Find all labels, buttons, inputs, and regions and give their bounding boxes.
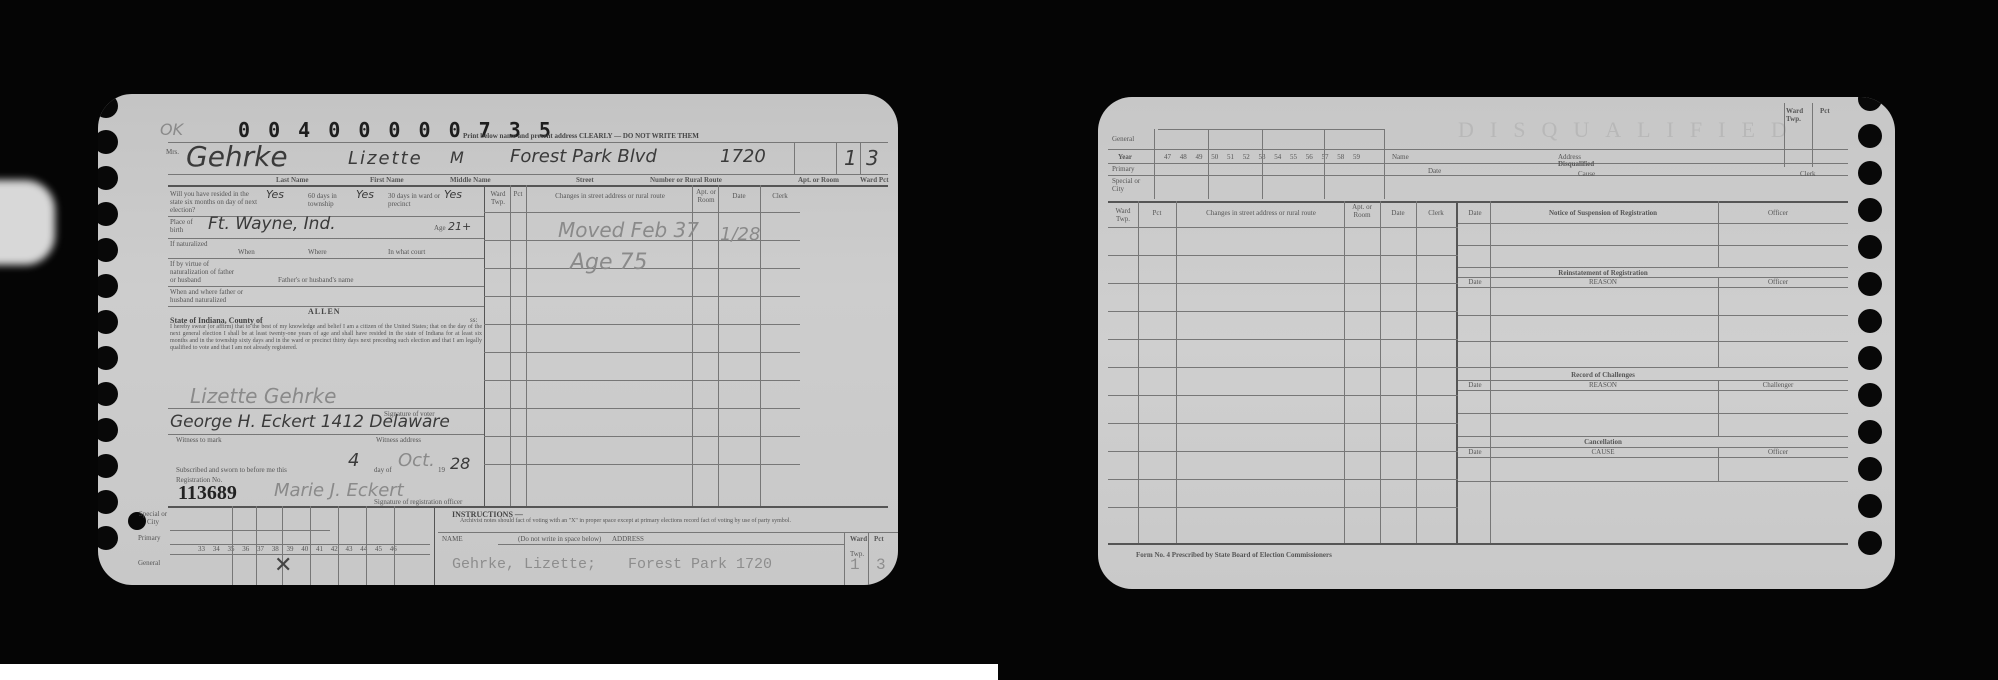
challenges-header-challenger: Challenger xyxy=(1718,381,1838,389)
birth-place-label: Place of birth xyxy=(170,218,200,234)
change-note-date: 1/28 xyxy=(720,224,760,245)
registration-card-back: General Year 47 48 49 50 51 52 53 54 55 … xyxy=(1098,97,1895,589)
bottom-label-do-not-write: (Do not write in space below) xyxy=(518,535,601,543)
township-label: 60 days in township xyxy=(308,192,358,208)
birth-place: Ft. Wayne, Ind. xyxy=(208,214,336,234)
label-first-name: First Name xyxy=(370,176,404,184)
typed-pct: 3 xyxy=(876,556,886,574)
back-grid-label-general: General xyxy=(1112,135,1134,143)
punch-hole xyxy=(1858,198,1882,222)
officer-label: Signature of registration officer xyxy=(374,498,462,506)
township-answer: Yes xyxy=(356,188,374,201)
changes-header-clerk: Clerk xyxy=(760,192,800,200)
month-value: Oct. xyxy=(398,450,435,471)
father-name-label: Father's or husband's name xyxy=(278,276,353,284)
back-changes-header-apt: Apt. or Room xyxy=(1344,203,1380,219)
last-name: Gehrke xyxy=(186,140,288,173)
grid-label-primary: Primary xyxy=(138,534,161,542)
typed-name: Gehrke, Lizette; xyxy=(452,556,596,573)
cancellation-title: Cancellation xyxy=(1490,438,1716,446)
age-label: Age xyxy=(434,224,446,232)
middle-name: M xyxy=(450,148,464,167)
reinstatement-header-date: Date xyxy=(1460,278,1490,286)
punch-hole xyxy=(1858,457,1882,481)
cancellation-header-date: Date xyxy=(1460,448,1490,456)
reinstatement-header-reason: REASON xyxy=(1490,278,1716,286)
naturalized-court: In what court xyxy=(388,248,425,256)
day-value: 4 xyxy=(348,450,359,471)
changes-header-address: Changes in street address or rural route xyxy=(528,192,692,200)
punch-hole xyxy=(1858,97,1882,111)
punch-hole xyxy=(98,202,118,226)
ghost-text: DISQUALIFIED xyxy=(1458,117,1803,143)
punch-hole xyxy=(98,382,118,406)
oath-text: I hereby swear (or affirm) that to the b… xyxy=(170,324,482,352)
punch-hole xyxy=(98,238,118,262)
bottom-label-name: NAME xyxy=(442,535,463,543)
punch-hole xyxy=(98,94,118,118)
back-name-label: Name xyxy=(1392,153,1409,161)
punch-hole xyxy=(98,166,118,190)
first-name: Lizette xyxy=(348,148,423,169)
bottom-label-ward: Ward xyxy=(850,535,867,543)
back-changes-header-pct: Pct xyxy=(1138,209,1176,217)
punch-hole xyxy=(98,490,118,514)
light-glare xyxy=(0,180,55,265)
back-grid-label-special: Special or City xyxy=(1112,177,1142,193)
punch-hole xyxy=(1858,531,1882,555)
label-number: Number or Rural Route xyxy=(650,176,722,184)
ok-mark: OK xyxy=(160,120,183,139)
street: Forest Park Blvd xyxy=(510,146,657,167)
residence-answer: Yes xyxy=(266,188,284,201)
naturalized-when: When xyxy=(238,248,255,256)
cancellation-header-officer: Officer xyxy=(1718,448,1838,456)
pct-value: 3 xyxy=(866,146,879,170)
punch-hole xyxy=(1858,235,1882,259)
grid-label-special: Special or City xyxy=(138,510,168,526)
ward-days-label: 30 days in ward or precinct xyxy=(388,192,448,208)
punch-hole xyxy=(1858,346,1882,370)
print-instruction: Print below name and present address CLE… xyxy=(463,132,699,141)
punch-hole xyxy=(1858,383,1882,407)
changes-header-ward: Ward Twp. xyxy=(486,190,510,206)
naturalized-label: If naturalized xyxy=(170,240,210,248)
punch-hole xyxy=(1858,494,1882,518)
ward-value: 1 xyxy=(844,146,857,170)
form-footer: Form No. 4 Prescribed by State Board of … xyxy=(1136,551,1332,559)
punch-hole xyxy=(98,274,118,298)
suspension-header-date: Date xyxy=(1460,209,1490,217)
reinstatement-header-officer: Officer xyxy=(1718,278,1838,286)
changes-header-pct: Pct xyxy=(510,190,526,198)
bottom-label-pct: Pct xyxy=(874,535,884,543)
day-of-label: day of xyxy=(374,466,392,474)
subscribed-text: Subscribed and sworn to before me this xyxy=(176,466,287,474)
label-apt: Apt. or Room xyxy=(798,176,839,184)
back-changes-header-clerk: Clerk xyxy=(1416,209,1456,217)
witness-signature: George H. Eckert 1412 Delaware xyxy=(170,412,450,432)
instructions-text: Archivist notes should fact of voting wi… xyxy=(460,518,860,525)
father-label: If by virtue of naturalization of father… xyxy=(170,260,240,284)
back-grid-label-year: Year xyxy=(1118,153,1132,161)
voting-x-mark: ✕ xyxy=(274,552,292,578)
punch-hole xyxy=(98,346,118,370)
punch-hole xyxy=(1858,272,1882,296)
back-cause-label: Cause xyxy=(1578,170,1595,178)
label-last-name: Last Name xyxy=(276,176,308,184)
residence-question: Will you have resided in the state six m… xyxy=(170,190,260,214)
oath-county: ALLEN xyxy=(308,307,341,316)
back-changes-header-address: Changes in street address or rural route xyxy=(1178,209,1344,217)
changes-header-date: Date xyxy=(718,192,760,200)
naturalized-where: Where xyxy=(308,248,327,256)
oath-ss: ss: xyxy=(470,316,477,324)
year-value: 28 xyxy=(450,454,470,473)
punch-hole xyxy=(1858,124,1882,148)
back-changes-header-date: Date xyxy=(1380,209,1416,217)
changes-header-apt: Apt. or Room xyxy=(694,188,718,204)
punch-hole xyxy=(1858,161,1882,185)
challenges-title: Record of Challenges xyxy=(1490,371,1716,379)
punch-hole xyxy=(98,526,118,550)
title-prefix: Mrs. xyxy=(166,148,179,156)
reinstatement-title: Reinstatement of Registration xyxy=(1490,269,1716,277)
age: 21+ xyxy=(448,220,471,233)
typed-address: Forest Park 1720 xyxy=(628,556,772,573)
punch-hole xyxy=(98,454,118,478)
punch-hole xyxy=(1858,309,1882,333)
label-ward-pct: Ward Pct xyxy=(860,176,889,184)
back-pct-label: Pct xyxy=(1820,107,1830,115)
label-middle-name: Middle Name xyxy=(450,176,491,184)
back-disqualified-label: Disqualified xyxy=(1558,160,1594,168)
punch-hole xyxy=(98,418,118,442)
back-clerk-label: Clerk xyxy=(1800,170,1816,178)
typed-ward: 1 xyxy=(850,556,860,574)
white-strip xyxy=(0,664,998,680)
father-when-label: When and where father or husband natural… xyxy=(170,288,260,304)
challenges-header-reason: REASON xyxy=(1490,381,1716,389)
witness-address-label: Witness address xyxy=(376,436,421,444)
change-note-moved: Moved Feb 37 xyxy=(558,218,699,242)
street-number: 1720 xyxy=(720,146,766,167)
bottom-label-address: ADDRESS xyxy=(612,535,644,543)
registration-number: 113689 xyxy=(178,482,237,505)
label-street: Street xyxy=(576,176,594,184)
cancellation-header-cause: CAUSE xyxy=(1490,448,1716,456)
punch-hole xyxy=(98,130,118,154)
change-note-age: Age 75 xyxy=(570,250,648,275)
challenges-header-date: Date xyxy=(1460,381,1490,389)
punch-hole xyxy=(98,310,118,334)
suspension-header-notice: Notice of Suspension of Registration xyxy=(1490,209,1716,217)
grid-label-general: General xyxy=(138,559,160,567)
suspension-header-officer: Officer xyxy=(1718,209,1838,217)
witness-label: Witness to mark xyxy=(176,436,222,444)
registration-card-front: OK 0 0 4 0 0 0 0 0 7 3 5 Print below nam… xyxy=(98,94,898,585)
back-changes-header-ward: Ward Twp. xyxy=(1108,207,1138,223)
ward-days-answer: Yes xyxy=(444,188,462,201)
back-ward-label: Ward Twp. xyxy=(1786,107,1812,123)
punch-hole xyxy=(1858,420,1882,444)
back-grid-label-primary: Primary xyxy=(1112,165,1135,173)
back-date-label: Date xyxy=(1428,167,1441,175)
voter-signature: Lizette Gehrke xyxy=(190,384,336,408)
year-prefix: 19 xyxy=(438,466,445,474)
